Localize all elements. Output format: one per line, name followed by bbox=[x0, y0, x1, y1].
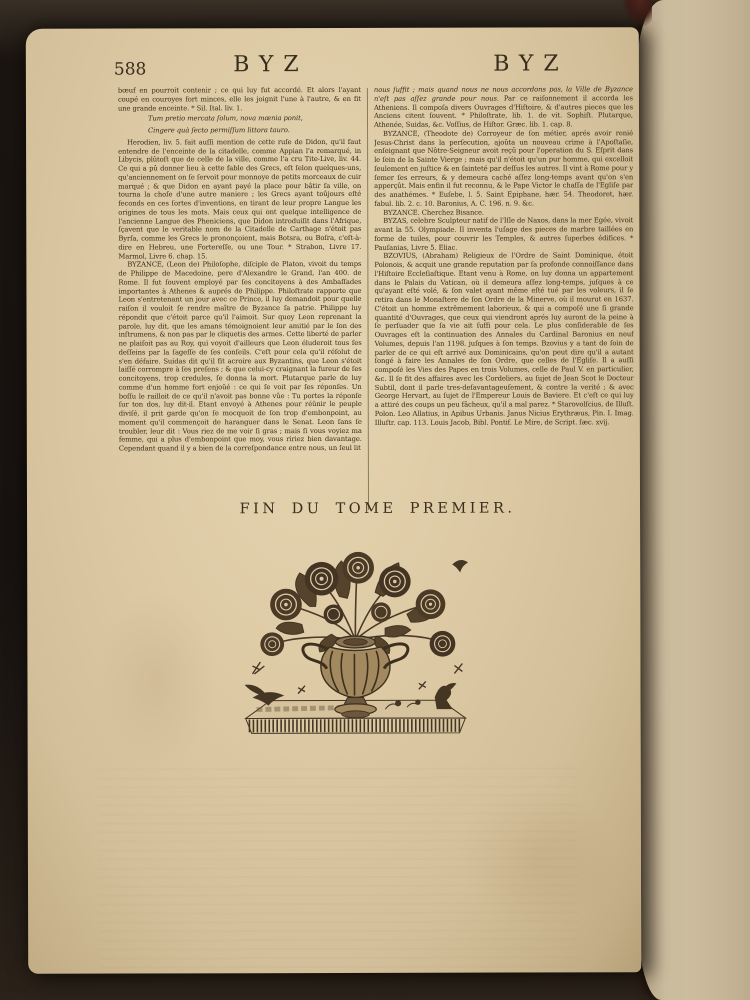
paragraph-continuation: bœuf en pourroit contenir ; ce qui luy f… bbox=[118, 86, 361, 113]
photographed-book: 588 BYZ BYZ bœuf en pourroit contenir ; … bbox=[0, 0, 750, 1000]
right-column: nous ſuffit ; mais quand nous ne nous ac… bbox=[374, 85, 634, 516]
entry-byzas: BYZAS, celebre Sculpteur natif de l'Iſle… bbox=[374, 216, 633, 252]
page-number: 588 bbox=[114, 59, 147, 79]
paragraph-italic-continuation: nous ſuffit ; mais quand nous ne nous ac… bbox=[374, 85, 633, 129]
column-divider bbox=[367, 88, 369, 510]
text-columns: bœuf en pourroit contenir ; ce qui luy f… bbox=[118, 85, 636, 516]
binding-shadow bbox=[622, 0, 652, 26]
paper-stain bbox=[97, 588, 217, 768]
running-head-right: BYZ bbox=[426, 51, 636, 77]
left-column: bœuf en pourroit contenir ; ce qui luy f… bbox=[118, 86, 362, 517]
entry-bzovius: BZOVIUS, (Abraham) Religieux de l'Ordre … bbox=[374, 251, 633, 427]
latin-verse-line-2: Cingere quà ſecto permiſſum littora taur… bbox=[148, 126, 361, 135]
book-page: 588 BYZ BYZ bœuf en pourroit contenir ; … bbox=[26, 27, 641, 974]
fin-du-tome-line: FIN DU TOME PREMIER. bbox=[119, 500, 636, 517]
running-head-left: BYZ bbox=[166, 52, 376, 78]
latin-verse-line-1: Tum pretio mercata ſolum, nova mœnia pon… bbox=[148, 114, 361, 123]
flower-urn-woodcut-vignette bbox=[236, 549, 475, 748]
entry-byzance-leon: BYZANCE, (Leon de) Philoſophe, diſciple … bbox=[118, 260, 362, 453]
facing-page-edge bbox=[637, 0, 750, 1000]
entry-byzance-theodote: BYZANCE, (Theodote de) Corroyeur de ſon … bbox=[374, 129, 633, 208]
paragraph-didon: Herodien, liv. 5. fait auſſi mention de … bbox=[118, 138, 361, 261]
ink-showthrough bbox=[98, 767, 579, 968]
flying-bird-left-wing bbox=[245, 685, 267, 697]
flying-bird-top-right bbox=[452, 560, 468, 572]
